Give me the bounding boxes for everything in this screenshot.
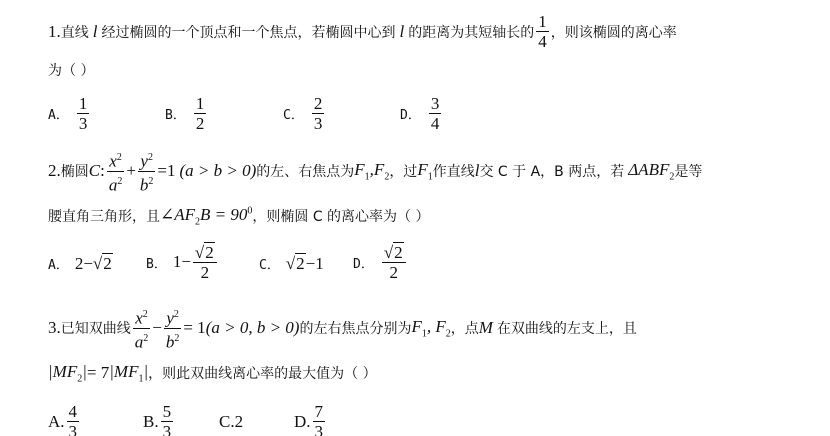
option-a: A． 2− √2 — [48, 253, 113, 274]
question-text: 腰直角三角形，且 — [48, 206, 160, 226]
question-text: ，点 — [451, 318, 479, 338]
option-d: D． √22 — [353, 242, 408, 282]
option-c: C． 23 — [283, 94, 326, 133]
math-var: l — [399, 22, 404, 42]
question-text: 已知双曲线 — [61, 318, 131, 338]
question-text: 交 C 于 A，B 两点，若 — [479, 161, 624, 181]
fraction: 1 4 — [536, 12, 549, 51]
question-text: 的左、右焦点为 — [256, 161, 354, 181]
question-text: ，则椭圆 C 的离心率为（ ） — [252, 206, 429, 226]
question-text: ，则此双曲线离心率的最大值为（ ） — [148, 363, 376, 383]
option-c: C.2 — [219, 412, 243, 432]
question-2-line-2: 腰直角三角形，且 ∠AF2B = 900 ，则椭圆 C 的离心率为（ ） — [48, 205, 430, 227]
question-number: 1. — [48, 22, 61, 42]
option-c: C． √2 −1 — [259, 253, 324, 274]
fraction: x2 a2 — [133, 305, 151, 351]
question-number: 2. — [48, 161, 61, 181]
question-1-line-1: 1. 直线 l 经过椭圆的一个顶点和一个焦点，若椭圆中心到 l 的距离为其短轴长… — [48, 12, 677, 51]
fraction: y2 b2 — [138, 148, 156, 194]
option-b: B． 1− √22 — [146, 242, 219, 282]
question-text: 经过椭圆的一个顶点和一个焦点，若椭圆中心到 — [101, 22, 395, 42]
fraction: 34 — [429, 94, 442, 133]
question-3-line-2: |MF2| = 7 |MF1| ，则此双曲线离心率的最大值为（ ） — [48, 362, 377, 384]
question-3-line-1: 3. 已知双曲线 x2 a2 − y2 b2 = 1 (a > 0, b > 0… — [48, 305, 637, 351]
question-number: 3. — [48, 318, 61, 338]
question-text: 的左右焦点分别为 — [299, 318, 411, 338]
fraction: 23 — [312, 94, 325, 133]
option-a: A． 13 — [48, 94, 91, 133]
fraction: 13 — [77, 94, 90, 133]
question-text: 为（ ） — [48, 60, 94, 80]
question-2-line-1: 2. 椭圆 C : x2 a2 + y2 b2 =1 (a > b > 0) 的… — [48, 148, 702, 194]
fraction: x2 a2 — [107, 148, 125, 194]
option-b: B. 53 — [143, 402, 175, 436]
option-d: D． 34 — [400, 94, 443, 133]
question-text: 的距离为其短轴长的 — [408, 22, 534, 42]
question-text: ，过 — [389, 161, 417, 181]
question-1-line-2: 为（ ） — [48, 60, 94, 80]
option-d: D. 73 — [294, 402, 327, 436]
fraction: y2 b2 — [164, 305, 182, 351]
option-b: B． 12 — [165, 94, 208, 133]
fraction: 12 — [194, 94, 207, 133]
question-text: 在双曲线的左支上，且 — [497, 318, 637, 338]
question-text: 是等 — [674, 161, 702, 181]
question-text: 直线 — [61, 22, 89, 42]
question-text: ，则该椭圆的离心率 — [551, 22, 677, 42]
math-var: l — [93, 22, 98, 42]
question-text: 作直线 — [433, 161, 475, 181]
question-text: 椭圆 — [61, 161, 89, 181]
option-a: A. 43 — [48, 402, 81, 436]
